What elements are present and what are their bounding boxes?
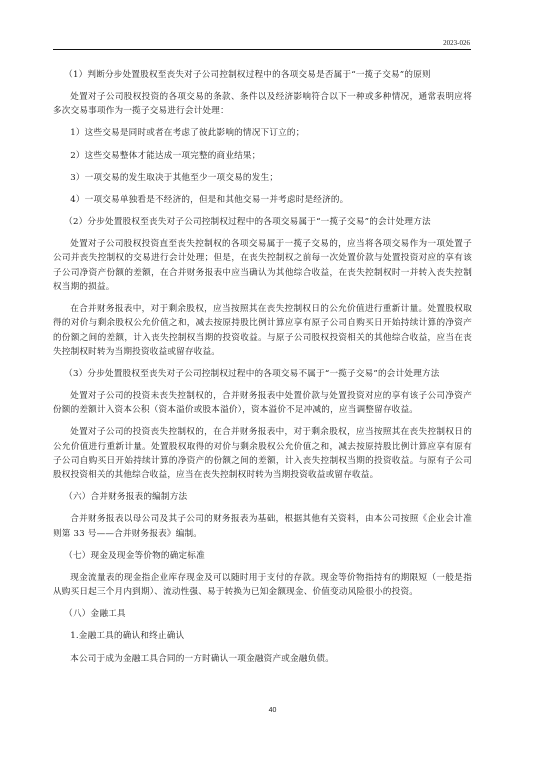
subsection-heading: 1.金融工具的确认和终止确认 xyxy=(53,629,472,643)
paragraph: 本公司于成为金融工具合同的一方时确认一项金融资产或金融负债。 xyxy=(53,652,472,666)
paragraph: 现金流量表的现金指企业库存现金及可以随时用于支付的存款。现金等价物指持有的期限短… xyxy=(53,571,472,600)
paragraph: 处置对子公司的投资丧失控制权的，在合并财务报表中，对于剩余股权，应当按照其在丧失… xyxy=(53,425,472,482)
section-heading: （2）分步处置股权至丧失对子公司控制权过程中的各项交易属于“一揽子交易”的会计处… xyxy=(53,215,472,229)
header-rule xyxy=(53,49,471,50)
paragraph: 合并财务报表以母公司及其子公司的财务报表为基础，根据其他有关资料，由本公司按照《… xyxy=(53,512,472,541)
section-heading: （六）合并财务报表的编制方法 xyxy=(53,490,472,504)
paragraph: 处置对子公司的投资未丧失控制权的，合并财务报表中处置价款与处置投资对应的享有该子… xyxy=(53,389,472,418)
section-heading: （3）分步处置股权至丧失对子公司控制权过程中的各项交易不属于“一揽子交易”的会计… xyxy=(53,367,472,381)
section-heading: （七）现金及现金等价物的确定标准 xyxy=(53,549,472,563)
paragraph: 处置对子公司股权投资直至丧失控制权的各项交易属于一揽子交易的，应当将各项交易作为… xyxy=(53,237,472,294)
list-item: 2）这些交易整体才能达成一项完整的商业结果； xyxy=(53,149,472,163)
section-heading: （1）判断分步处置股权至丧失对子公司控制权过程中的各项交易是否属于“一揽子交易”… xyxy=(53,68,472,82)
document-body: （1）判断分步处置股权至丧失对子公司控制权过程中的各项交易是否属于“一揽子交易”… xyxy=(53,68,472,674)
paragraph: 在合并财务报表中，对于剩余股权，应当按照其在丧失控制权日的公允价值进行重新计量。… xyxy=(53,302,472,359)
section-heading: （八）金融工具 xyxy=(53,607,472,621)
list-item: 4）一项交易单独看是不经济的，但是和其他交易一并考虑时是经济的。 xyxy=(53,193,472,207)
list-item: 3）一项交易的发生取决于其他至少一项交易的发生； xyxy=(53,171,472,185)
page-number: 40 xyxy=(0,707,545,714)
paragraph: 处置对子公司股权投资的各项交易的条款、条件以及经济影响符合以下一种或多种情况，通… xyxy=(53,90,472,119)
list-item: 1）这些交易是同时或者在考虑了彼此影响的情况下订立的； xyxy=(53,126,472,140)
header-doc-code: 2023-026 xyxy=(443,39,470,47)
